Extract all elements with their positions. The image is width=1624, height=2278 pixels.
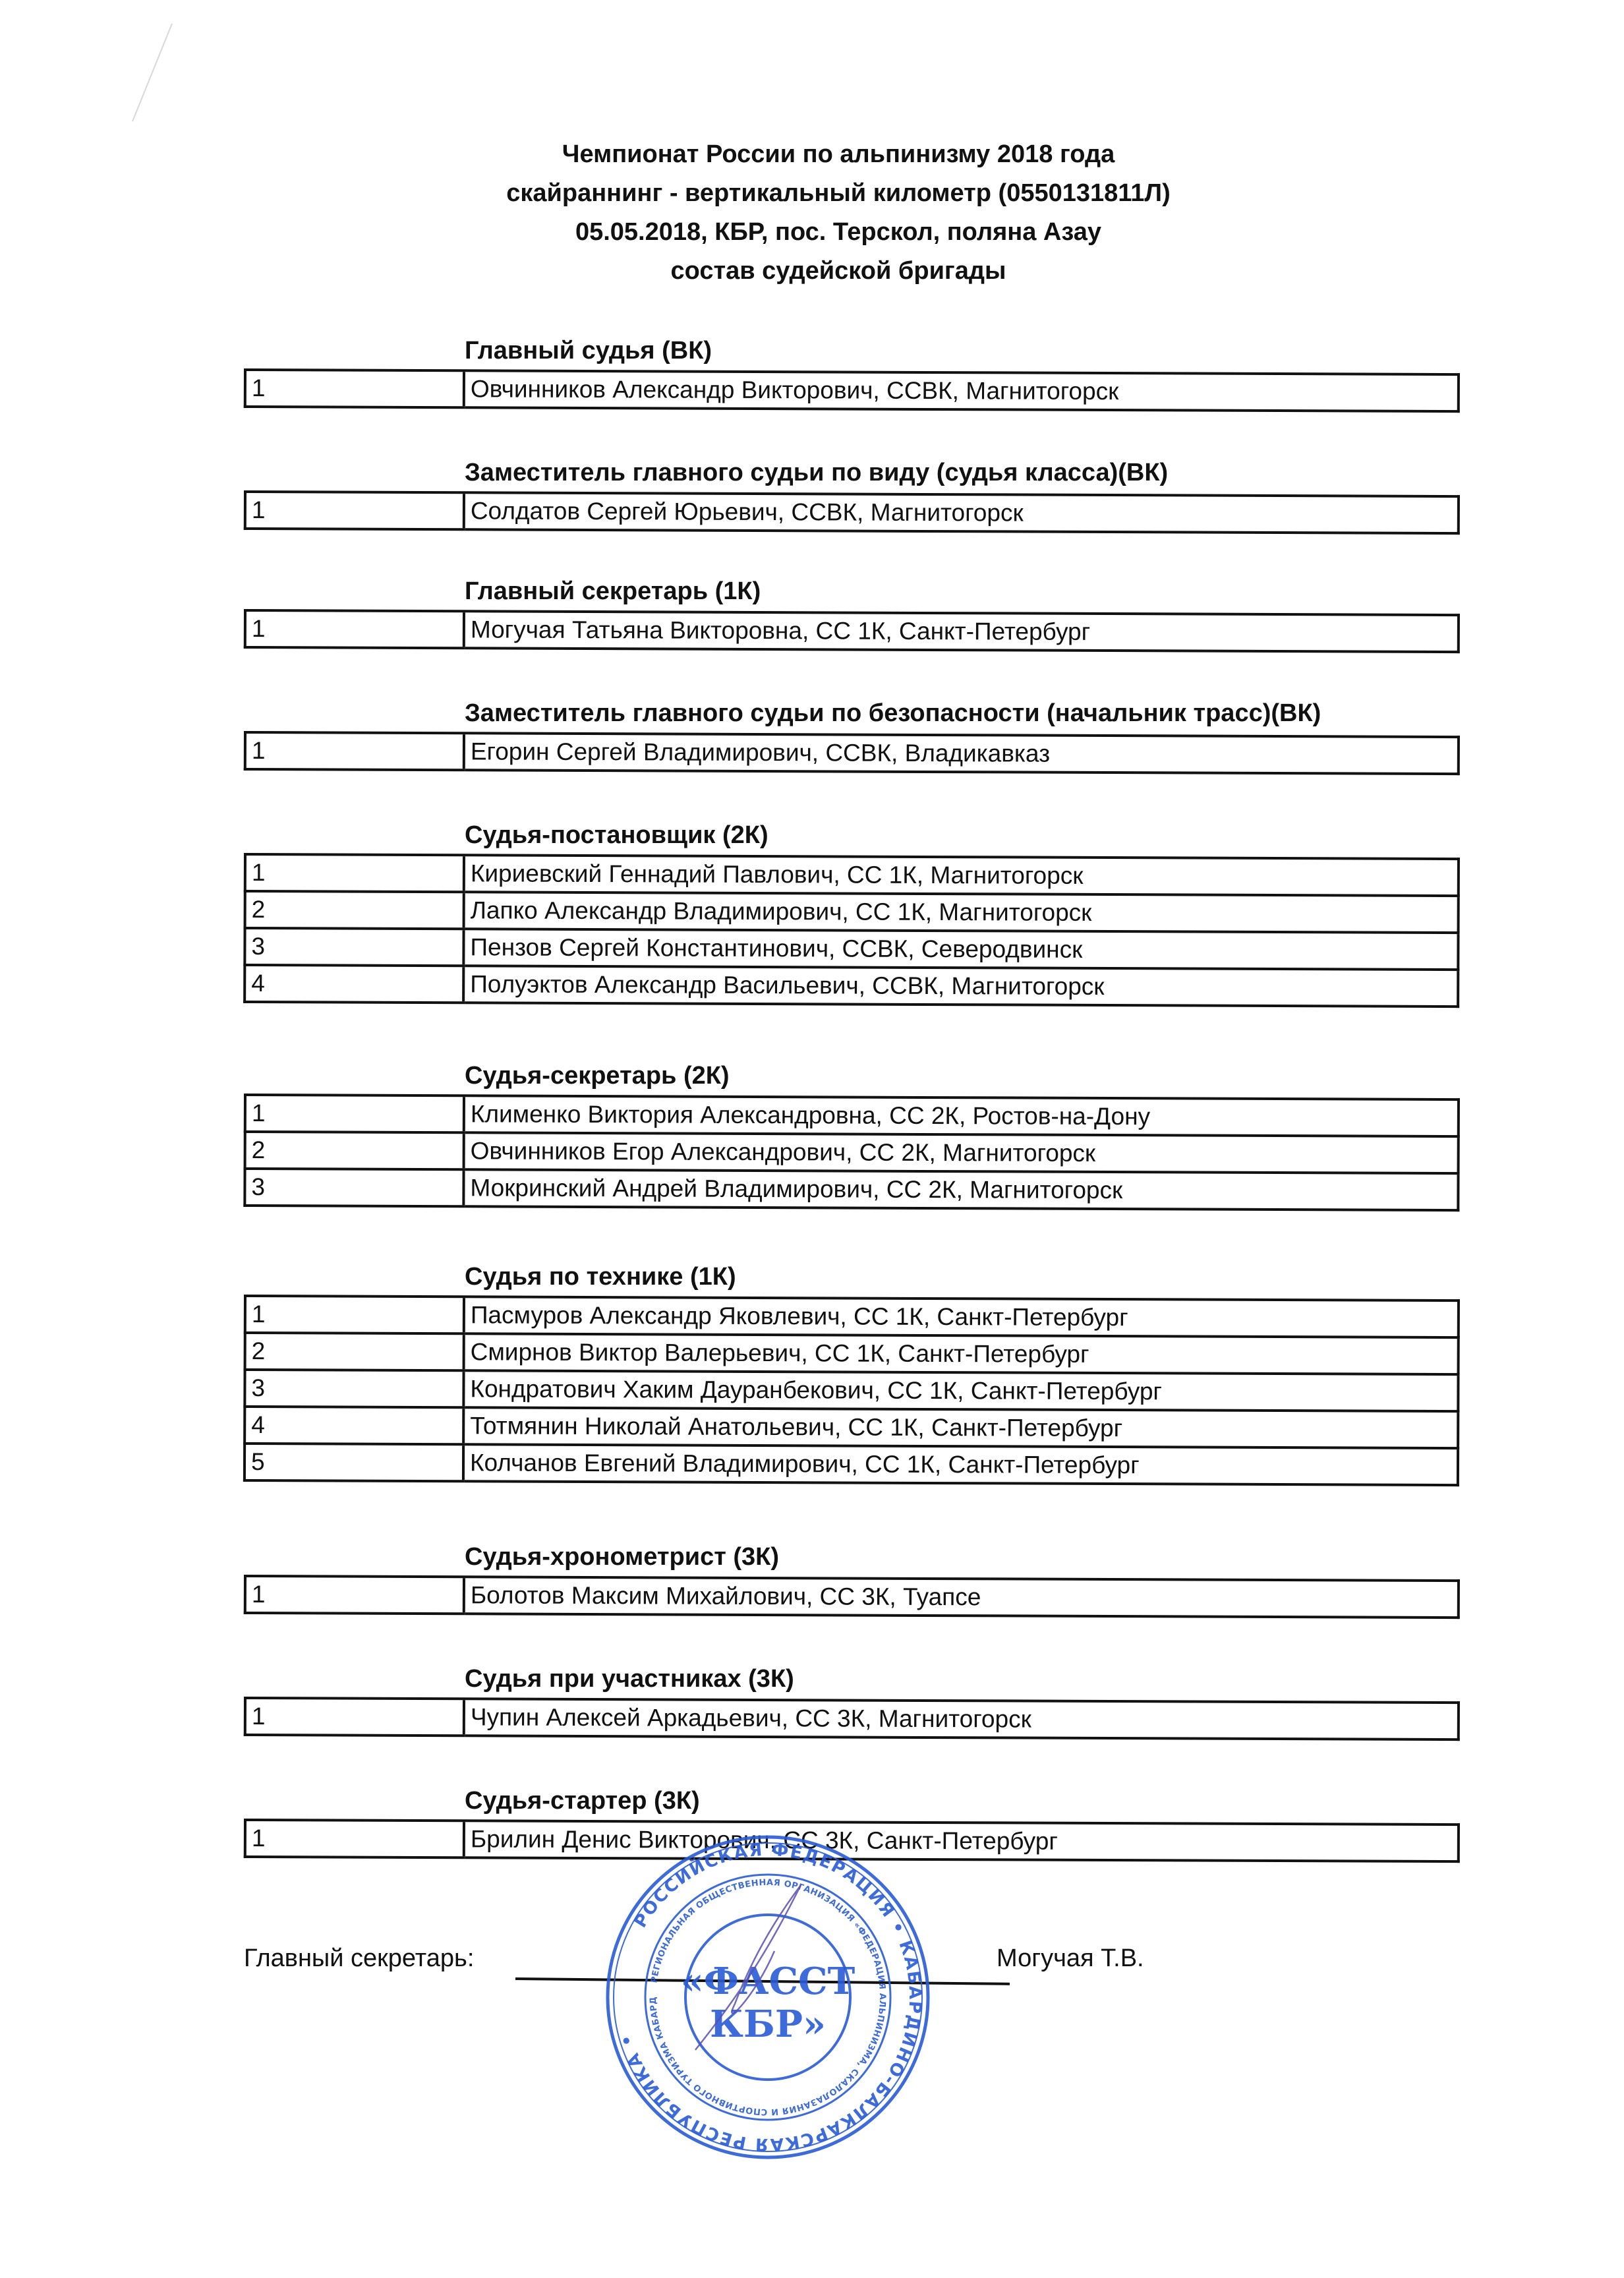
judge-name: Клименко Виктория Александровна, СС 2К, … [464, 1095, 1459, 1136]
judge-section: Заместитель главного судьи по виду (судь… [244, 455, 1463, 530]
row-number: 1 [245, 370, 464, 407]
judges-table: 1Чупин Алексей Аркадьевич, СС 3К, Магнит… [244, 1697, 1460, 1741]
judge-name: Болотов Максим Михайлович, СС 3К, Туапсе [464, 1577, 1459, 1618]
section-title: Заместитель главного судьи по безопаснос… [465, 695, 1463, 731]
section-title: Судья-стартер (3К) [465, 1783, 1463, 1819]
row-number: 1 [245, 1820, 464, 1857]
judge-name: Солдатов Сергей Юрьевич, ССВК, Магнитого… [464, 492, 1459, 533]
table-row: 3Мокринский Андрей Владимирович, СС 2К, … [245, 1169, 1458, 1210]
row-number: 4 [245, 1407, 463, 1444]
table-row: 1Кириевский Геннадий Павлович, СС 1К, Ма… [245, 854, 1459, 896]
table-row: 2Лапко Александр Владимирович, СС 1К, Ма… [245, 891, 1459, 933]
signatory-name: Могучая Т.В. [997, 1944, 1144, 1973]
section-title: Судья-секретарь (2К) [465, 1058, 1463, 1094]
judge-name: Егорин Сергей Владимирович, ССВК, Владик… [464, 733, 1459, 774]
section-title: Судья при участниках (3К) [465, 1661, 1463, 1697]
judges-table: 1Болотов Максим Михайлович, СС 3К, Туапс… [244, 1575, 1460, 1619]
signature-label: Главный секретарь: [244, 1944, 474, 1973]
row-number: 1 [245, 854, 464, 892]
row-number: 3 [245, 928, 463, 966]
judge-name: Овчинников Егор Александрович, СС 2К, Ма… [464, 1132, 1459, 1173]
table-row: 2Смирнов Виктор Валерьевич, СС 1К, Санкт… [245, 1333, 1459, 1374]
table-row: 4Тотмянин Николай Анатольевич, СС 1К, Са… [245, 1407, 1458, 1448]
row-number: 2 [245, 1132, 464, 1169]
judge-name: Кириевский Геннадий Павлович, СС 1К, Маг… [464, 855, 1459, 896]
table-row: 1Клименко Виктория Александровна, СС 2К,… [245, 1095, 1459, 1136]
judges-table: 1Егорин Сергей Владимирович, ССВК, Влади… [244, 731, 1460, 775]
header-discipline: скайраннинг - вертикальный километр (055… [26, 174, 1624, 213]
judge-name: Полуэктов Александр Васильевич, ССВК, Ма… [463, 966, 1458, 1007]
scan-artifact [132, 23, 173, 121]
section-title: Судья-хронометрист (3К) [465, 1539, 1463, 1575]
table-row: 1Пасмуров Александр Яковлевич, СС 1К, Са… [245, 1296, 1459, 1337]
judge-section: Судья по технике (1К)1Пасмуров Александр… [244, 1259, 1463, 1482]
table-row: 5Колчанов Евгений Владимирович, СС 1К, С… [245, 1444, 1458, 1485]
table-row: 4Полуэктов Александр Васильевич, ССВК, М… [245, 965, 1458, 1007]
judges-table: 1Клименко Виктория Александровна, СС 2К,… [243, 1094, 1460, 1212]
judge-section: Судья-хронометрист (3К)1Болотов Максим М… [244, 1539, 1463, 1614]
header-date-location: 05.05.2018, КБР, пос. Терскол, поляна Аз… [26, 213, 1624, 252]
judge-name: Могучая Татьяна Викторовна, СС 1К, Санкт… [464, 611, 1459, 652]
judge-name: Пасмуров Александр Яковлевич, СС 1К, Сан… [464, 1297, 1459, 1337]
judge-name: Овчинников Александр Викторович, ССВК, М… [464, 370, 1459, 411]
section-title: Судья-постановщик (2К) [465, 817, 1463, 853]
judge-name: Смирнов Виктор Валерьевич, СС 1К, Санкт-… [464, 1333, 1459, 1374]
judge-section: Судья при участниках (3К)1Чупин Алексей … [244, 1661, 1463, 1736]
judge-section: Главный секретарь (1К)1Могучая Татьяна В… [244, 573, 1463, 649]
row-number: 3 [245, 1169, 463, 1206]
table-row: 1Чупин Алексей Аркадьевич, СС 3К, Магнит… [245, 1698, 1459, 1739]
judge-section: Главный судья (ВК)1Овчинников Александр … [244, 333, 1463, 408]
judge-section: Судья-постановщик (2К)1Кириевский Геннад… [244, 817, 1463, 1003]
table-row: 1Болотов Максим Михайлович, СС 3К, Туапс… [245, 1576, 1459, 1618]
row-number: 1 [245, 492, 464, 529]
section-title: Главный секретарь (1К) [465, 573, 1463, 609]
table-row: 2Овчинников Егор Александрович, СС 2К, М… [245, 1132, 1459, 1173]
judge-name: Мокринский Андрей Владимирович, СС 2К, М… [463, 1169, 1458, 1210]
section-title: Главный судья (ВК) [465, 333, 1463, 368]
row-number: 2 [245, 891, 464, 929]
row-number: 5 [245, 1444, 463, 1481]
header-subtitle: состав судейской бригады [26, 252, 1624, 291]
table-row: 3Кондратович Хаким Дауранбекович, СС 1К,… [245, 1370, 1458, 1411]
header-title: Чемпионат России по альпинизму 2018 года [26, 135, 1624, 174]
judges-table: 1Солдатов Сергей Юрьевич, ССВК, Магнитог… [244, 490, 1460, 535]
table-row: 1Могучая Татьяна Викторовна, СС 1К, Санк… [245, 610, 1459, 652]
judge-name: Тотмянин Николай Анатольевич, СС 1К, Сан… [463, 1407, 1458, 1448]
section-title: Судья по технике (1К) [465, 1259, 1463, 1295]
table-row: 3Пензов Сергей Константинович, ССВК, Сев… [245, 928, 1458, 970]
row-number: 1 [245, 1698, 464, 1736]
section-title: Заместитель главного судьи по виду (судь… [465, 455, 1463, 490]
row-number: 1 [245, 732, 464, 770]
judge-name: Кондратович Хаким Дауранбекович, СС 1К, … [463, 1370, 1458, 1411]
judges-table: 1Пасмуров Александр Яковлевич, СС 1К, Са… [243, 1295, 1460, 1486]
judge-name: Чупин Алексей Аркадьевич, СС 3К, Магнито… [464, 1699, 1459, 1739]
judge-section: Судья-секретарь (2К)1Клименко Виктория А… [244, 1058, 1463, 1207]
judges-table: 1Овчинников Александр Викторович, ССВК, … [244, 368, 1460, 413]
judge-name: Лапко Александр Владимирович, СС 1К, Маг… [464, 892, 1459, 933]
row-number: 2 [245, 1333, 464, 1370]
table-row: 1Овчинников Александр Викторович, ССВК, … [245, 370, 1459, 411]
organization-stamp: РОССИЙСКАЯ ФЕДЕРАЦИЯ • КАБАРДИНО-БАЛКАРС… [603, 1832, 933, 2162]
row-number: 1 [245, 1576, 464, 1614]
judges-table: 1Могучая Татьяна Викторовна, СС 1К, Санк… [244, 609, 1460, 653]
judge-name: Колчанов Евгений Владимирович, СС 1К, Са… [463, 1444, 1458, 1485]
judges-table: 1Кириевский Геннадий Павлович, СС 1К, Ма… [243, 853, 1460, 1008]
row-number: 1 [245, 1296, 464, 1333]
row-number: 1 [245, 610, 464, 648]
row-number: 4 [245, 965, 463, 1003]
row-number: 3 [245, 1370, 463, 1407]
judge-name: Пензов Сергей Константинович, ССВК, Севе… [463, 929, 1458, 970]
document-header: Чемпионат России по альпинизму 2018 года… [26, 135, 1624, 291]
table-row: 1Солдатов Сергей Юрьевич, ССВК, Магнитог… [245, 492, 1459, 533]
table-row: 1Егорин Сергей Владимирович, ССВК, Влади… [245, 732, 1459, 774]
judge-section: Заместитель главного судьи по безопаснос… [244, 695, 1463, 771]
row-number: 1 [245, 1095, 464, 1132]
